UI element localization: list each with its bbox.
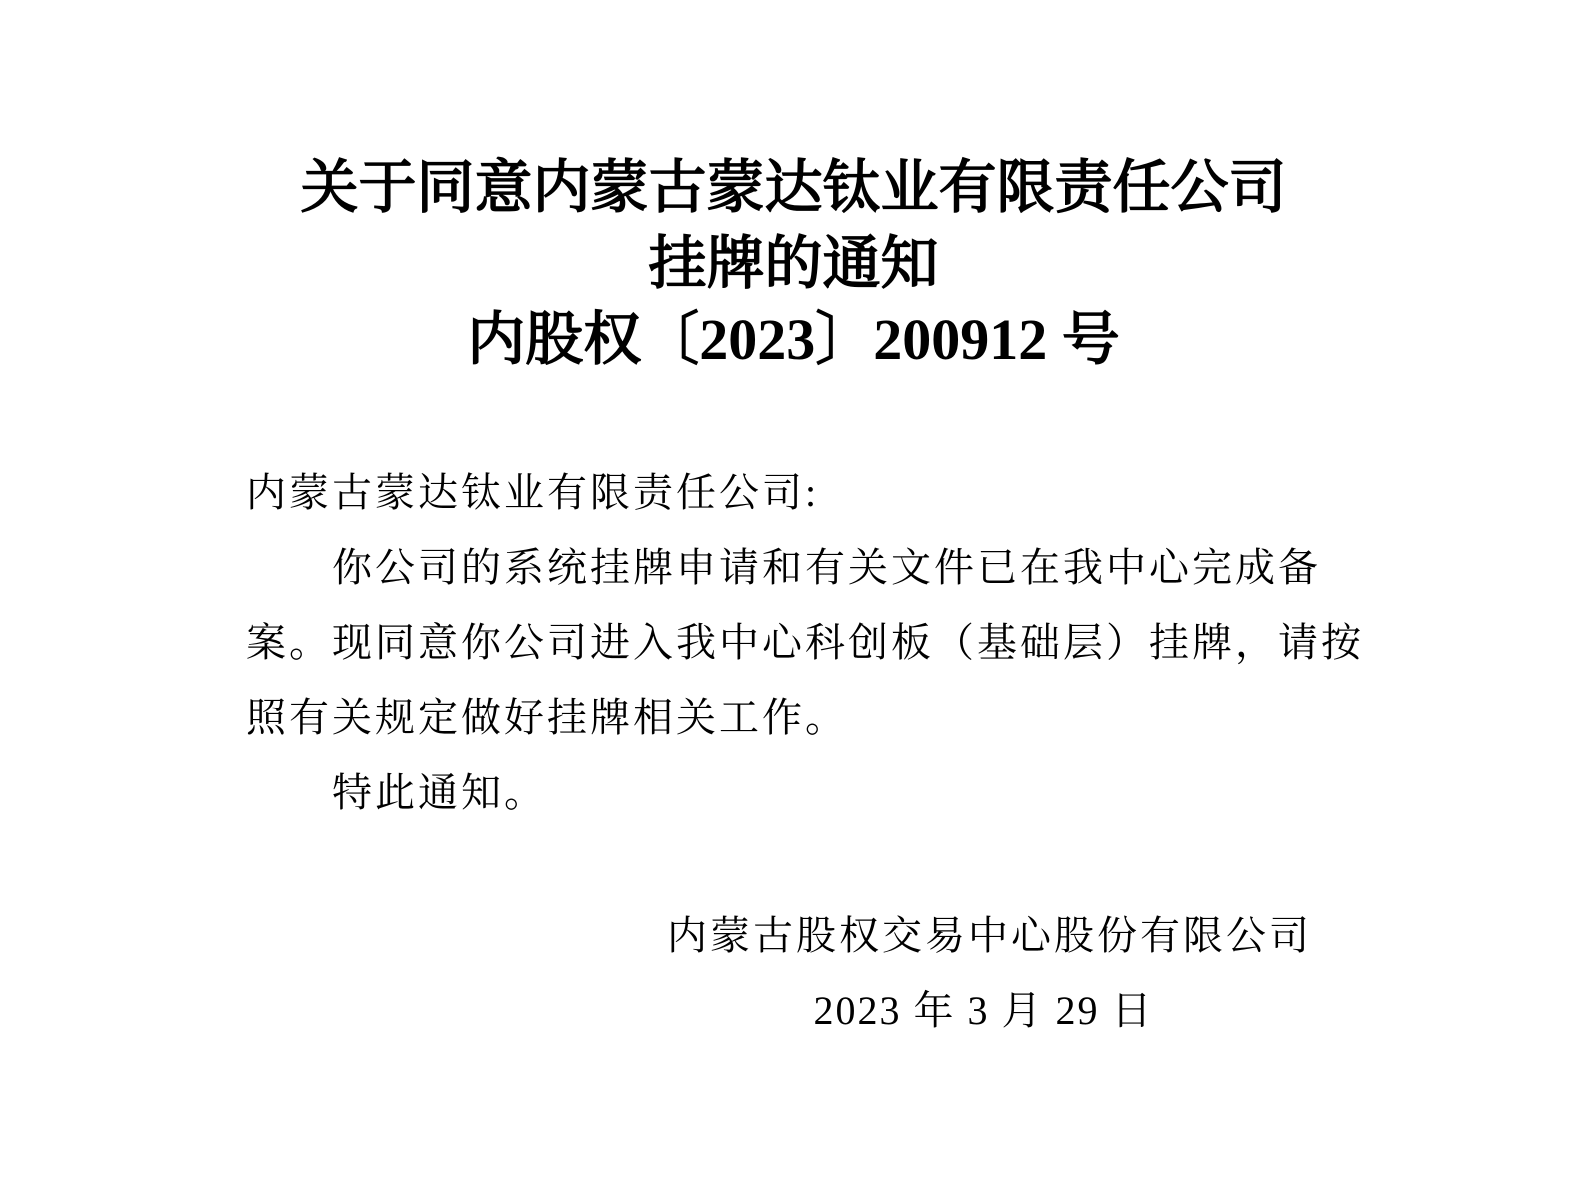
body-line-2: 案。现同意你公司进入我中心科创板（基础层）挂牌，请按: [246, 605, 1366, 680]
document-body: 内蒙古蒙达钛业有限责任公司: 你公司的系统挂牌申请和有关文件已在我中心完成备 案…: [246, 455, 1366, 830]
document-title: 关于同意内蒙古蒙达钛业有限责任公司 挂牌的通知 内股权〔2023〕200912 …: [0, 150, 1587, 378]
title-line-2: 挂牌的通知: [0, 226, 1587, 302]
signature-date: 2023 年 3 月 29 日: [190, 973, 1587, 1048]
signature-company: 内蒙古股权交易中心股份有限公司: [196, 898, 1587, 973]
notice-document-page: 关于同意内蒙古蒙达钛业有限责任公司 挂牌的通知 内股权〔2023〕200912 …: [0, 0, 1587, 1199]
salutation-line: 内蒙古蒙达钛业有限责任公司:: [246, 455, 1366, 530]
title-line-3: 内股权〔2023〕200912 号: [0, 302, 1587, 378]
body-line-1: 你公司的系统挂牌申请和有关文件已在我中心完成备: [246, 530, 1366, 605]
closing-line: 特此通知。: [246, 755, 1366, 830]
body-line-3: 照有关规定做好挂牌相关工作。: [246, 680, 1366, 755]
title-line-1: 关于同意内蒙古蒙达钛业有限责任公司: [0, 150, 1587, 226]
